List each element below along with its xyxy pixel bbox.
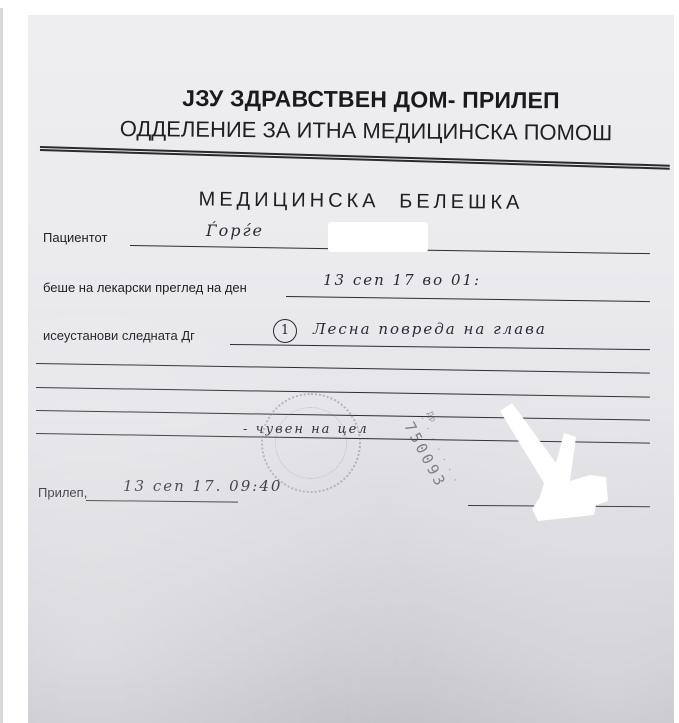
document-title: МЕДИЦИНСКА БЕЛЕШКА	[28, 187, 674, 217]
diagnosis-label: исеустанови следната Дг	[43, 328, 195, 343]
diagnosis-handwritten: 1Лесна повреда на глава	[273, 319, 547, 343]
signature-redaction	[498, 393, 618, 533]
patient-surname-redaction	[328, 222, 428, 252]
header-divider	[40, 146, 670, 170]
patient-label: Пациентот	[43, 230, 107, 245]
exam-date-handwritten: 13 сеп 17 во 01:	[323, 271, 481, 289]
diagnosis-line-2	[36, 363, 650, 374]
exam-date-label: беше на лекарски преглед на ден	[43, 280, 247, 295]
doctor-stamp: Др · · · · · · · 750093	[354, 410, 490, 558]
scanned-document: ЈЗУ ЗДРАВСТВЕН ДОМ- ПРИЛЕП ОДДЕЛЕНИЕ ЗА …	[0, 0, 679, 723]
patient-handwritten-name: Ѓорѓе	[206, 221, 264, 240]
place-date-handwritten: 13 сеп 17. 09:40	[123, 477, 282, 495]
medical-note-page: ЈЗУ ЗДРАВСТВЕН ДОМ- ПРИЛЕП ОДДЕЛЕНИЕ ЗА …	[28, 15, 674, 723]
round-seal-inner	[275, 407, 347, 479]
department-name: ОДДЕЛЕНИЕ ЗА ИТНА МЕДИЦИНСКА ПОМОШ	[28, 115, 674, 147]
diagnosis-line-1	[230, 344, 650, 350]
place-date-line	[86, 500, 238, 503]
exam-date-line	[286, 296, 650, 302]
diagnosis-text: Лесна повреда на глава	[313, 320, 547, 338]
institution-name: ЈЗУ ЗДРАВСТВЕН ДОМ- ПРИЛЕП	[28, 84, 674, 115]
place-label: Прилеп,	[38, 485, 87, 500]
scan-edge	[0, 8, 3, 723]
circled-number-mark: 1	[273, 319, 297, 343]
